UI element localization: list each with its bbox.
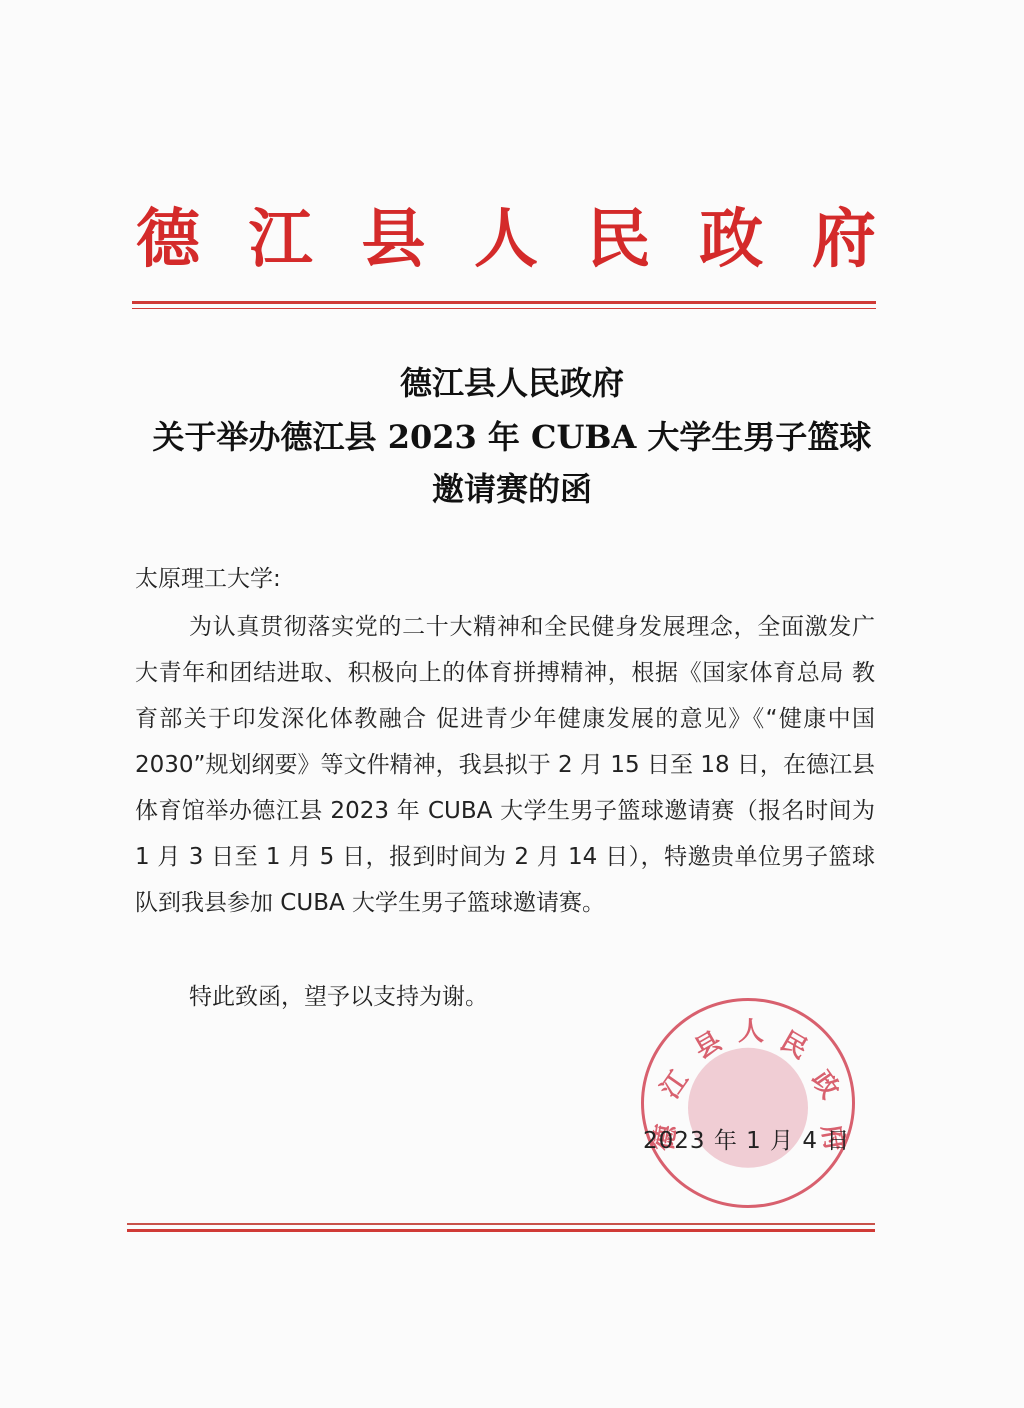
seal-char: 人 [738,1011,764,1048]
letterhead-char: 德 [136,200,200,280]
document-title-line-3: 邀请赛的函 [120,464,904,514]
seal-char: 民 [774,1021,815,1066]
seal-char: 县 [686,1021,727,1066]
body-paragraph-1: 为认真贯彻落实党的二十大精神和全民健身发展理念，全面激发广大青年和团结进取、积极… [135,604,875,926]
letterhead-char: 民 [587,200,651,280]
letterhead-title: 德 江 县 人 民 政 府 [136,200,876,280]
letterhead-char: 县 [361,200,425,280]
seal-text: 德 江 县 人 民 政 府 [644,1001,852,1205]
seal-char: 政 [804,1062,849,1105]
document-date: 2023 年 1 月 4 日 [643,1122,850,1155]
official-seal: 德 江 县 人 民 政 府 [641,998,855,1208]
salutation: 太原理工大学: [135,556,875,602]
letterhead-char: 政 [699,200,763,280]
seal-char: 江 [650,1062,695,1105]
document-title-line-1: 德江县人民政府 [120,358,904,408]
letterhead-rule-top [132,301,876,304]
letterhead-char: 人 [474,200,538,280]
letterhead-rule-bottom [132,308,876,309]
footer-rule-bottom [127,1229,875,1232]
letterhead-char: 府 [812,200,876,280]
footer-rule-top [127,1223,875,1225]
letterhead-char: 江 [249,200,313,280]
document-title-line-2: 关于举办德江县 2023 年 CUBA 大学生男子篮球 [120,412,904,462]
